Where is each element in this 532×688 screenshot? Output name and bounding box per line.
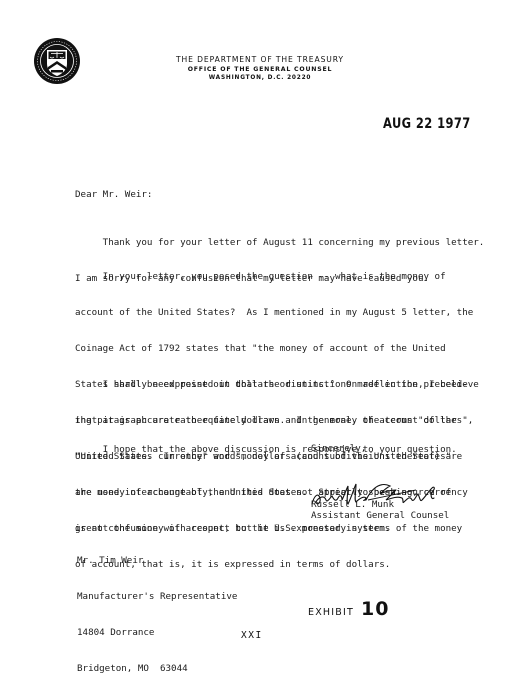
recipient-name: Mr. Tim Weir [77,555,237,567]
page-number: XXI [241,630,263,641]
paragraph-line: account of the United States? As I menti… [75,307,479,319]
paragraph-line: I hardly need point out that the distinc… [75,379,473,391]
office-address: WASHINGTON, D.C. 20220 [160,74,360,83]
recipient-title: Manufacturer's Representative [77,591,237,603]
paragraph-line: I hope that the above discussion is resp… [75,444,457,456]
recipient-street: 14804 Dorrance [77,627,237,639]
treasury-seal-icon [33,37,81,85]
paragraph-line: In your letter, you posed the question -… [75,271,479,283]
exhibit-label: EXHIBIT [308,607,354,618]
office-name: OFFICE OF THE GENERAL COUNSEL [160,65,360,74]
signer-title: Assistant General Counsel [311,510,449,522]
letterhead: THE DEPARTMENT OF THE TREASURY OFFICE OF… [160,55,360,83]
closing: Sincerely, [311,443,366,455]
recipient-city-state-zip: Bridgeton, MO 63044 [77,663,237,675]
recipient-address: Mr. Tim Weir Manufacturer's Representati… [77,531,237,687]
exhibit-number: 10 [361,598,389,620]
paragraph-line: Coinage Act of 1792 states that "the mon… [75,343,479,355]
salutation: Dear Mr. Weir: [75,189,152,201]
body-paragraph-4: I hope that the above discussion is resp… [75,420,457,468]
date-stamp: AUG 22 1977 [383,116,471,132]
exhibit-marker: EXHIBIT 10 [308,598,389,620]
department-name: THE DEPARTMENT OF THE TREASURY [160,55,360,65]
